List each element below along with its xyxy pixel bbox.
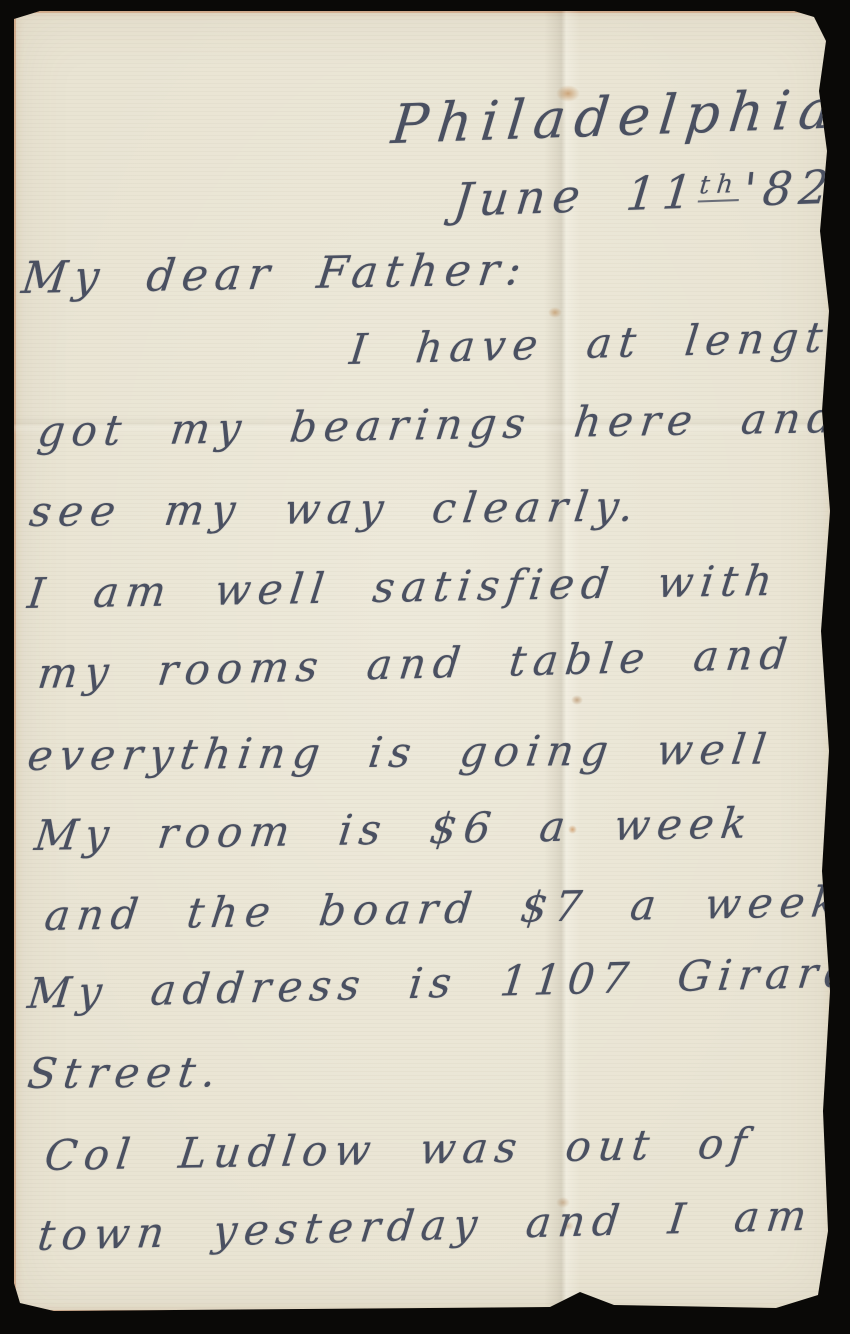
letter-line: I have at length [347,311,850,374]
letter-line: see my way clearly. [27,482,644,536]
letter-line: Street. [25,1047,226,1098]
letter-line: my rooms and table and [35,629,796,698]
letter-line: town yesterday and I am [35,1191,816,1260]
salutation-line: My dear Father: [19,244,531,304]
stain [571,695,583,705]
letter-line: everything is going well [25,724,776,780]
scan-background: Philadelphia June 11th'82 My dear Father… [0,0,850,1334]
letter-line: Col Ludlow was out of [42,1119,756,1180]
letter-line: got my bearings here and [35,393,845,456]
date-ordinal-suffix: th [698,169,742,203]
letter-line: My address is 1107 Girard [25,947,850,1018]
date-day: June 11 [451,164,702,227]
date-line: June 11th'82 [451,160,838,228]
place-line: Philadelphia [389,77,844,156]
date-year: '82 [741,160,839,217]
stain [548,307,562,318]
letter-line: and the board $7 a week. [42,877,850,940]
letter-paper: Philadelphia June 11th'82 My dear Father… [14,11,833,1312]
letter-line: My room is $6 a week [32,798,756,860]
letter-line: I am well satisfied with [25,556,782,618]
